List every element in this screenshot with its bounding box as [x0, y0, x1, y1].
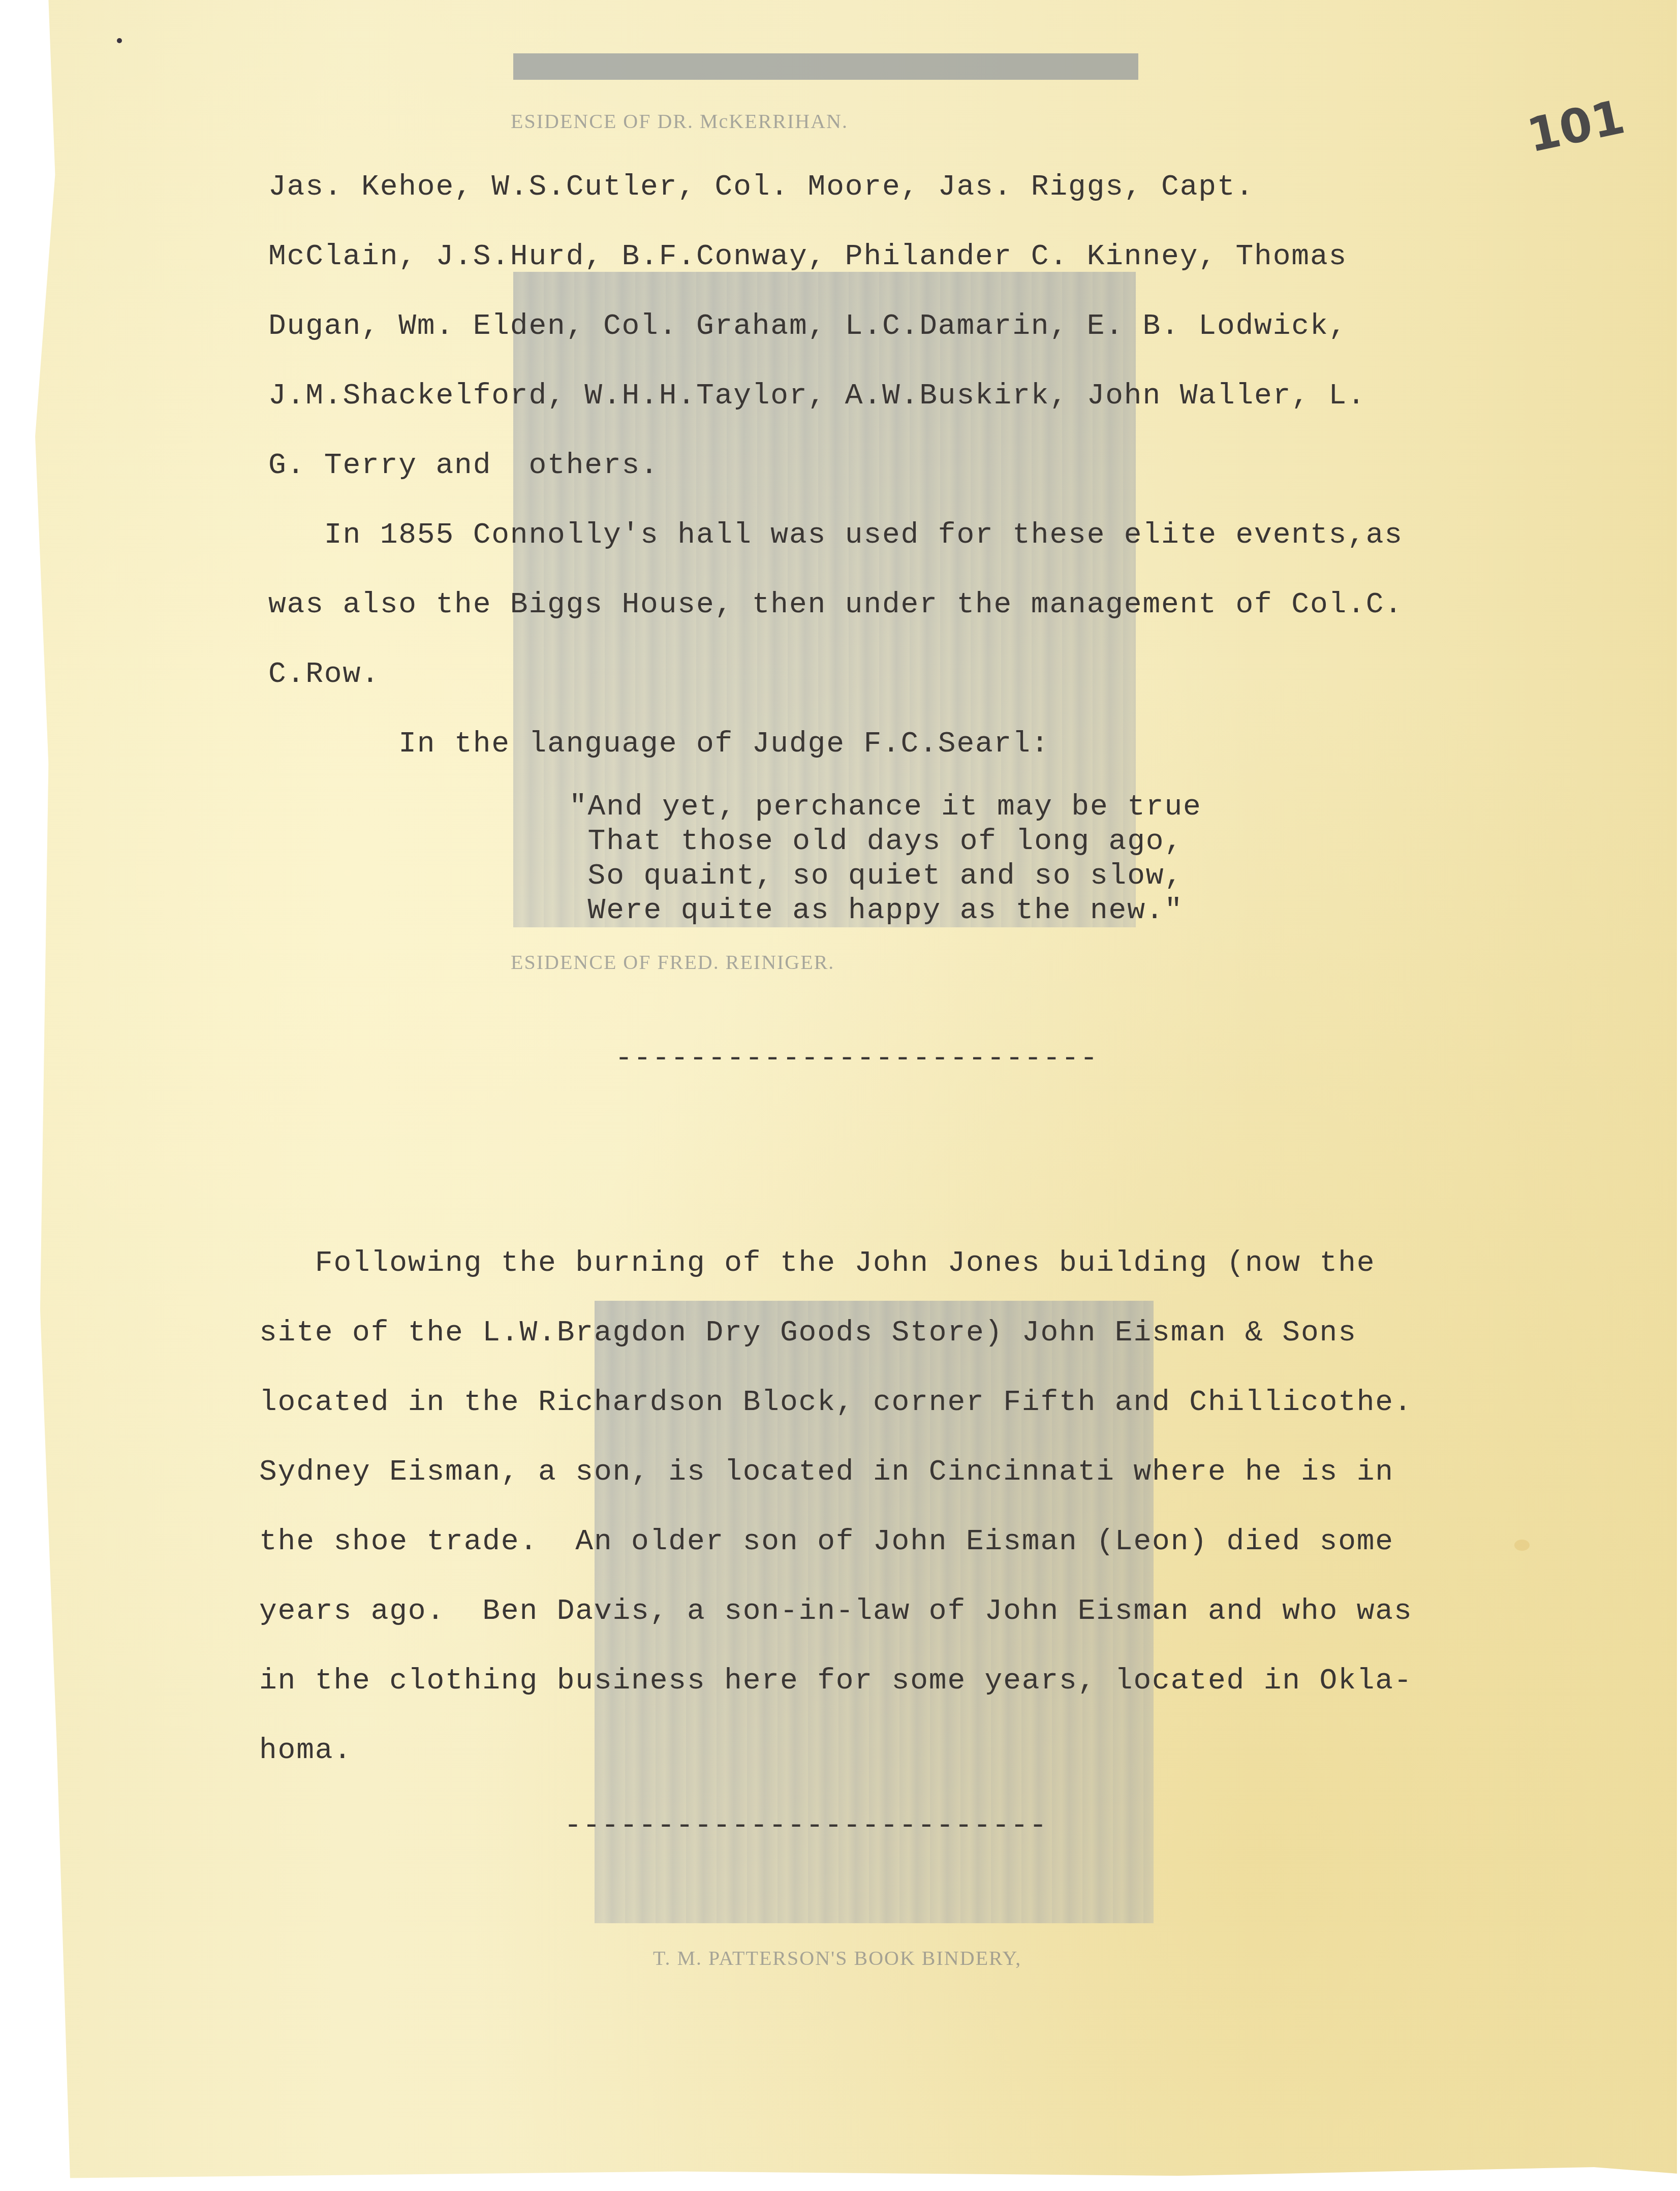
verse-line: So quaint, so quiet and so slow, — [569, 859, 1183, 894]
show-through-caption-top: ESIDENCE OF DR. McKERRIHAN. — [511, 109, 848, 133]
text-line: C.Row. — [268, 660, 380, 690]
text-line: site of the L.W.Bragdon Dry Goods Store)… — [259, 1319, 1357, 1348]
show-through-caption-bottom: T. M. PATTERSON'S BOOK BINDERY, — [653, 1946, 1021, 1970]
text-line: Sydney Eisman, a son, is located in Cinc… — [259, 1458, 1394, 1487]
section-separator: -------------------------- — [564, 1811, 1048, 1841]
verse-line: That those old days of long ago, — [569, 825, 1183, 859]
verse-line: Were quite as happy as the new." — [569, 894, 1183, 928]
text-line: Following the burning of the John Jones … — [259, 1249, 1375, 1278]
text-line: homa. — [259, 1736, 352, 1766]
text-line: In the language of Judge F.C.Searl: — [268, 730, 1049, 759]
text-line: the shoe trade. An older son of John Eis… — [259, 1527, 1394, 1557]
text-line: J.M.Shackelford, W.H.H.Taylor, A.W.Buski… — [268, 382, 1366, 411]
text-line: Jas. Kehoe, W.S.Cutler, Col. Moore, Jas.… — [268, 173, 1254, 202]
section-separator: -------------------------- — [615, 1044, 1099, 1074]
text-line: located in the Richardson Block, corner … — [259, 1388, 1413, 1418]
text-line: McClain, J.S.Hurd, B.F.Conway, Philander… — [268, 242, 1347, 272]
ink-speck — [117, 38, 122, 43]
show-through-top-band — [513, 53, 1138, 80]
foxing-stain — [1514, 1540, 1530, 1551]
text-line: years ago. Ben Davis, a son-in-law of Jo… — [259, 1597, 1413, 1626]
text-line: was also the Biggs House, then under the… — [268, 590, 1403, 620]
text-line: in the clothing business here for some y… — [259, 1667, 1413, 1696]
text-line: Dugan, Wm. Elden, Col. Graham, L.C.Damar… — [268, 312, 1347, 341]
verse-line: "And yet, perchance it may be true — [569, 790, 1202, 825]
text-line: G. Terry and others. — [268, 451, 659, 481]
show-through-caption-middle: ESIDENCE OF FRED. REINIGER. — [511, 950, 834, 974]
text-line: In 1855 Connolly's hall was used for the… — [268, 521, 1403, 550]
